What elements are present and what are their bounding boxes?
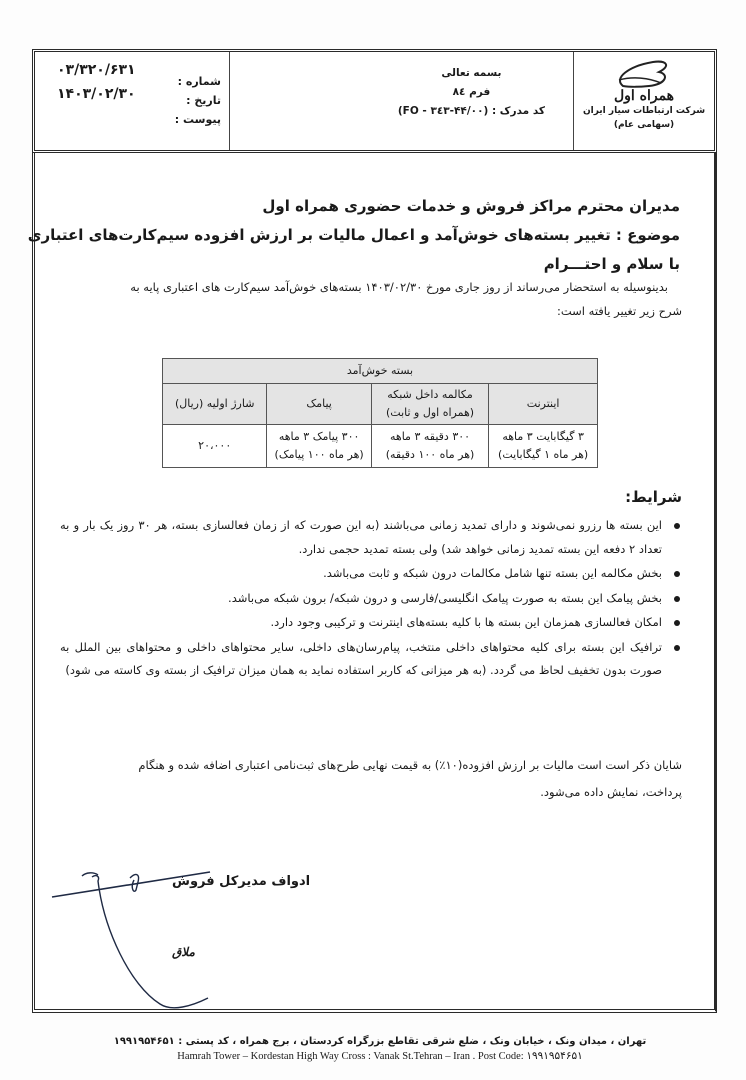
bullet-icon [674, 596, 680, 602]
table-row: ۳ گیگابایت ۳ ماهه (هر ماه ۱ گیگابایت) ۳۰… [163, 425, 598, 468]
handwritten-initials: ملاق [172, 945, 195, 959]
document-code: کد مدرک : (FO - ۳٤۳-۴۴/۰۰) [398, 102, 545, 121]
list-item: ترافیک این بسته برای کلیه محتواهای داخلی… [60, 636, 684, 683]
list-item: امکان فعالسازی همزمان این بسته ها با کلی… [60, 611, 684, 635]
meta-labels: شماره : تاریخ : پیوست : [175, 72, 221, 129]
bullet-icon [674, 571, 680, 577]
condition-text: امکان فعالسازی همزمان این بسته ها با کلی… [271, 615, 662, 629]
column-header-sms: پیامک [267, 384, 371, 425]
list-item: بخش مکالمه این بسته تنها شامل مکالمات در… [60, 562, 684, 586]
letter-page: ۰۳/۳۲۰/۶۳۱ ۱۴۰۳/۰۲/۳۰ شماره : تاریخ : پی… [0, 0, 746, 1080]
condition-text: این بسته ها رزرو نمی‌شوند و دارای تمدید … [60, 518, 662, 556]
header-text: شارژ اولیه (ریال) [167, 395, 262, 413]
bullet-icon [674, 620, 680, 626]
form-info-cell: بسمه تعالی فرم ۸٤ کد مدرک : (FO - ۳٤۳-۴۴… [230, 52, 574, 150]
letter-number-value: ۰۳/۳۲۰/۶۳۱ [57, 58, 136, 82]
cell-subtext: (هر ماه ۱ گیگابایت) [493, 446, 593, 464]
bullet-icon [674, 645, 680, 651]
invocation-text: بسمه تعالی [398, 64, 545, 83]
cell-internet: ۳ گیگابایت ۳ ماهه (هر ماه ۱ گیگابایت) [489, 425, 598, 468]
brand-name: همراه اول [574, 88, 714, 104]
vat-note-line-2: پرداخت، نمایش داده می‌شود. [60, 779, 682, 806]
cell-subtext: (هر ماه ۱۰۰ دقیقه) [376, 446, 484, 464]
address-persian: تهران ، میدان ونک ، خیابان ونک ، ضلع شرق… [80, 1034, 680, 1050]
header-text: پیامک [271, 395, 366, 413]
column-header-initial-charge: شارژ اولیه (ریال) [163, 384, 267, 425]
footer-address: تهران ، میدان ونک ، خیابان ونک ، ضلع شرق… [80, 1034, 680, 1064]
condition-text: ترافیک این بسته برای کلیه محتواهای داخلی… [60, 640, 662, 678]
cell-calls: ۳۰۰ دقیقه ۳ ماهه (هر ماه ۱۰۰ دقیقه) [371, 425, 488, 468]
cell-subtext: (هر ماه ۱۰۰ پیامک) [271, 446, 366, 464]
cell-text: ۲۰،۰۰۰ [167, 437, 262, 455]
header-text: مکالمه داخل شبکه [376, 386, 484, 404]
header-subtext: (همراه اول و ثابت) [376, 404, 484, 422]
intro-paragraph: بدینوسیله به استحضار می‌رساند از روز جار… [60, 275, 682, 323]
addressee: مدیران محترم مراکز فروش و خدمات حضوری هم… [28, 192, 680, 221]
intro-line-2: شرح زیر تغییر یافته است: [60, 299, 682, 323]
logo-cell: همراه اول شرکت ارتباطات سیار ایران (سهام… [574, 52, 714, 150]
column-header-calls: مکالمه داخل شبکه (همراه اول و ثابت) [371, 384, 488, 425]
form-info: بسمه تعالی فرم ۸٤ کد مدرک : (FO - ۳٤۳-۴۴… [398, 64, 545, 121]
list-item: این بسته ها رزرو نمی‌شوند و دارای تمدید … [60, 514, 684, 561]
letter-number-label: شماره : [175, 72, 221, 91]
vat-note-line-1: شایان ذکر است است مالیات بر ارزش افزوده(… [60, 752, 682, 779]
letter-date-label: تاریخ : [175, 91, 221, 110]
letter-heading: مدیران محترم مراکز فروش و خدمات حضوری هم… [28, 192, 680, 279]
meta-values: ۰۳/۳۲۰/۶۳۱ ۱۴۰۳/۰۲/۳۰ [57, 58, 136, 106]
list-item: بخش پیامک این بسته به صورت پیامک انگلیسی… [60, 587, 684, 611]
letter-date-value: ۱۴۰۳/۰۲/۳۰ [57, 82, 136, 106]
table-header-row: اینترنت مکالمه داخل شبکه (همراه اول و ثا… [163, 384, 598, 425]
condition-text: بخش مکالمه این بسته تنها شامل مکالمات در… [323, 566, 662, 580]
attachment-label: پیوست : [175, 110, 221, 129]
bullet-icon [674, 523, 680, 529]
column-header-internet: اینترنت [489, 384, 598, 425]
letter-meta-cell: ۰۳/۳۲۰/۶۳۱ ۱۴۰۳/۰۲/۳۰ شماره : تاریخ : پی… [35, 52, 230, 150]
form-number: فرم ۸٤ [398, 83, 545, 102]
cell-initial-charge: ۲۰،۰۰۰ [163, 425, 267, 468]
cell-text: ۳۰۰ پیامک ۳ ماهه [271, 428, 366, 446]
letterhead: ۰۳/۳۲۰/۶۳۱ ۱۴۰۳/۰۲/۳۰ شماره : تاریخ : پی… [32, 49, 717, 153]
cell-text: ۳۰۰ دقیقه ۳ ماهه [376, 428, 484, 446]
subject: موضوع : تغییر بسته‌های خوش‌آمد و اعمال م… [28, 221, 680, 250]
conditions-list: این بسته ها رزرو نمی‌شوند و دارای تمدید … [60, 514, 684, 684]
cell-sms: ۳۰۰ پیامک ۳ ماهه (هر ماه ۱۰۰ پیامک) [267, 425, 371, 468]
welcome-package-table: بسته خوش‌آمد اینترنت مکالمه داخل شبکه (ه… [162, 358, 598, 468]
company-logo: همراه اول شرکت ارتباطات سیار ایران (سهام… [574, 56, 714, 132]
header-text: اینترنت [493, 395, 593, 413]
address-english: Hamrah Tower – Kordestan High Way Cross … [80, 1050, 680, 1064]
company-type: (سهامی عام) [574, 118, 714, 132]
signer-title: ادواف مدیرکل فروش [172, 874, 310, 889]
conditions-title: شرایط: [625, 488, 682, 506]
table-title: بسته خوش‌آمد [163, 359, 598, 384]
vat-note: شایان ذکر است است مالیات بر ارزش افزوده(… [60, 752, 682, 806]
intro-line-1: بدینوسیله به استحضار می‌رساند از روز جار… [60, 275, 682, 299]
cell-text: ۳ گیگابایت ۳ ماهه [493, 428, 593, 446]
company-name: شرکت ارتباطات سیار ایران [574, 104, 714, 118]
condition-text: بخش پیامک این بسته به صورت پیامک انگلیسی… [228, 591, 662, 605]
